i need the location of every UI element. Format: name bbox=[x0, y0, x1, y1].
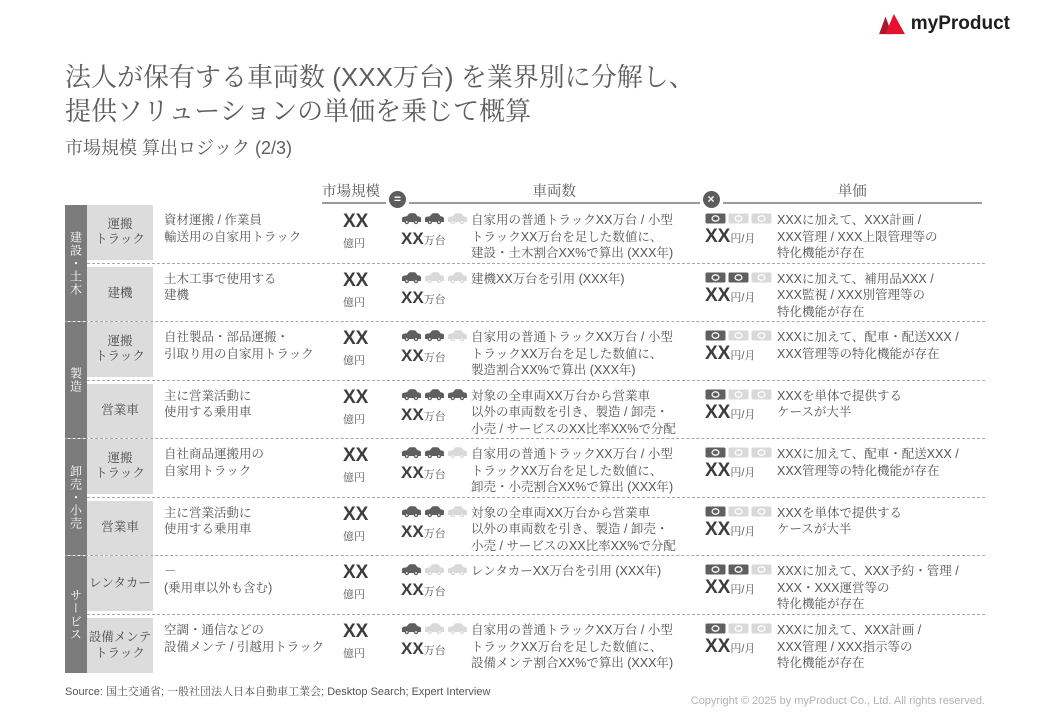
car-icon bbox=[424, 446, 445, 459]
car-icon bbox=[424, 329, 445, 342]
market-size-value: XX bbox=[343, 328, 368, 349]
market-size-cell: XX 億円 bbox=[343, 381, 401, 439]
unit-price-cell: XX円/月 bbox=[705, 615, 777, 673]
table-row: 運搬 トラック 資材運搬 / 作業員 輸送用の自家用トラック XX 億円 XX万… bbox=[87, 205, 985, 264]
industry-section: サービス レンタカー － (乗用車以外も含む) XX 億円 XX万台 レンタカー… bbox=[65, 556, 985, 673]
unit-price-value: XX bbox=[705, 577, 730, 598]
car-icon bbox=[447, 388, 468, 401]
vehicle-count-unit: 万台 bbox=[424, 294, 446, 306]
car-icon bbox=[447, 212, 468, 225]
category-label: レンタカー bbox=[87, 556, 153, 611]
unit-price-cell: XX円/月 bbox=[705, 556, 777, 614]
vehicle-count-description: 自家用の普通トラックXX万台 / 小型 トラックXX万台を足した数値に、 建設・… bbox=[471, 205, 705, 263]
unit-price-cell: XX円/月 bbox=[705, 322, 777, 380]
table-row: 運搬 トラック 自社商品運搬用の 自家用トラック XX 億円 XX万台 自家用の… bbox=[87, 439, 985, 498]
vehicle-count-value: XX bbox=[401, 580, 424, 599]
unit-price-description: XXXに加えて、配車・配送XXX / XXX管理等の特化機能が存在 bbox=[777, 439, 985, 497]
banknote-rating-icons bbox=[705, 388, 777, 403]
banknote-icon bbox=[751, 446, 772, 459]
vehicle-count-cell: XX万台 bbox=[401, 381, 471, 439]
logo: myProduct bbox=[877, 12, 1010, 36]
market-size-cell: XX 億円 bbox=[343, 615, 401, 673]
car-icon bbox=[424, 622, 445, 635]
car-rating-icons bbox=[401, 329, 471, 344]
table-row: 営業車 主に営業活動に 使用する乗用車 XX 億円 XX万台 対象の全車両XX万… bbox=[87, 381, 985, 439]
vehicle-count-unit: 万台 bbox=[424, 586, 446, 598]
category-description: 土木工事で使用する 建機 bbox=[153, 264, 343, 322]
vehicle-count-unit: 万台 bbox=[424, 645, 446, 657]
category-description: 自社商品運搬用の 自家用トラック bbox=[153, 439, 343, 497]
source-note: Source: 国土交通省; 一般社団法人日本自動車工業会; Desktop S… bbox=[65, 683, 490, 699]
unit-price-value: XX bbox=[705, 285, 730, 306]
banknote-rating-icons bbox=[705, 446, 777, 461]
banknote-icon bbox=[728, 329, 749, 342]
market-size-cell: XX 億円 bbox=[343, 498, 401, 556]
category-label: 建機 bbox=[87, 267, 153, 322]
category-label: 設備メンテ トラック bbox=[87, 618, 153, 673]
industry-section: 卸売・小売 運搬 トラック 自社商品運搬用の 自家用トラック XX 億円 XX万… bbox=[65, 439, 985, 556]
unit-price-description: XXXに加えて、XXX計画 / XXX管理 / XXX上限管理等の 特化機能が存… bbox=[777, 205, 985, 263]
market-size-unit: 億円 bbox=[343, 235, 401, 251]
unit-price-unit: 円/月 bbox=[730, 643, 755, 655]
car-icon bbox=[447, 505, 468, 518]
vehicle-count-cell: XX万台 bbox=[401, 556, 471, 614]
market-size-unit: 億円 bbox=[343, 586, 401, 602]
table-row: 運搬 トラック 自社製品・部品運搬・ 引取り用の自家用トラック XX 億円 XX… bbox=[87, 322, 985, 381]
unit-price-unit: 円/月 bbox=[730, 584, 755, 596]
car-icon bbox=[401, 388, 422, 401]
unit-price-unit: 円/月 bbox=[730, 233, 755, 245]
banknote-icon bbox=[705, 212, 726, 225]
category-label: 運搬 トラック bbox=[87, 322, 153, 377]
unit-price-description: XXXに加えて、XXX計画 / XXX管理 / XXX指示等の 特化機能が存在 bbox=[777, 615, 985, 673]
vehicle-count-unit: 万台 bbox=[424, 528, 446, 540]
vehicle-count-unit: 万台 bbox=[424, 469, 446, 481]
vehicle-count-description: 自家用の普通トラックXX万台 / 小型 トラックXX万台を足した数値に、 設備メ… bbox=[471, 615, 705, 673]
market-size-value: XX bbox=[343, 504, 368, 525]
banknote-icon bbox=[751, 271, 772, 284]
banknote-icon bbox=[751, 563, 772, 576]
industry-band-label: サービス bbox=[65, 556, 87, 673]
car-icon bbox=[401, 563, 422, 576]
car-icon bbox=[424, 388, 445, 401]
unit-price-unit: 円/月 bbox=[730, 350, 755, 362]
banknote-icon bbox=[751, 329, 772, 342]
car-rating-icons bbox=[401, 622, 471, 637]
unit-price-value: XX bbox=[705, 460, 730, 481]
banknote-icon bbox=[751, 212, 772, 225]
vehicle-count-cell: XX万台 bbox=[401, 264, 471, 322]
banknote-icon bbox=[705, 505, 726, 518]
column-header-market-size: 市場規模 bbox=[322, 180, 386, 204]
industry-section: 建設・土木 運搬 トラック 資材運搬 / 作業員 輸送用の自家用トラック XX … bbox=[65, 205, 985, 322]
vehicle-count-description: レンタカーXX万台を引用 (XXX年) bbox=[471, 556, 705, 614]
car-icon bbox=[447, 329, 468, 342]
banknote-icon bbox=[728, 388, 749, 401]
market-size-cell: XX 億円 bbox=[343, 439, 401, 497]
vehicle-count-value: XX bbox=[401, 463, 424, 482]
banknote-rating-icons bbox=[705, 212, 777, 227]
vehicle-count-unit: 万台 bbox=[424, 352, 446, 364]
unit-price-cell: XX円/月 bbox=[705, 381, 777, 439]
page-subtitle: 市場規模 算出ロジック (2/3) bbox=[65, 134, 292, 160]
market-size-cell: XX 億円 bbox=[343, 264, 401, 322]
industry-band-label: 建設・土木 bbox=[65, 205, 87, 321]
category-description: － (乗用車以外も含む) bbox=[153, 556, 343, 614]
banknote-icon bbox=[728, 212, 749, 225]
page-title: 法人が保有する車両数 (XXX万台) を業界別に分解し、 提供ソリューションの単… bbox=[65, 60, 695, 129]
unit-price-description: XXXに加えて、配車・配送XXX / XXX管理等の特化機能が存在 bbox=[777, 322, 985, 380]
car-icon bbox=[401, 212, 422, 225]
vehicle-count-value: XX bbox=[401, 288, 424, 307]
car-rating-icons bbox=[401, 563, 471, 578]
unit-price-cell: XX円/月 bbox=[705, 498, 777, 556]
column-header: 市場規模 = 車両数 × 単価 bbox=[322, 180, 982, 204]
car-icon bbox=[447, 622, 468, 635]
category-label: 営業車 bbox=[87, 501, 153, 556]
banknote-rating-icons bbox=[705, 271, 777, 286]
unit-price-cell: XX円/月 bbox=[705, 439, 777, 497]
unit-price-description: XXXに加えて、補用品XXX / XXX監視 / XXX別管理等の 特化機能が存… bbox=[777, 264, 985, 322]
market-size-unit: 億円 bbox=[343, 528, 401, 544]
vehicle-count-description: 自家用の普通トラックXX万台 / 小型 トラックXX万台を足した数値に、 製造割… bbox=[471, 322, 705, 380]
market-size-value: XX bbox=[343, 562, 368, 583]
table-body: 建設・土木 運搬 トラック 資材運搬 / 作業員 輸送用の自家用トラック XX … bbox=[65, 205, 985, 673]
unit-price-unit: 円/月 bbox=[730, 292, 755, 304]
market-size-cell: XX 億円 bbox=[343, 322, 401, 380]
unit-price-description: XXXを単体で提供する ケースが大半 bbox=[777, 498, 985, 556]
banknote-icon bbox=[705, 388, 726, 401]
unit-price-description: XXXを単体で提供する ケースが大半 bbox=[777, 381, 985, 439]
vehicle-count-description: 建機XX万台を引用 (XXX年) bbox=[471, 264, 705, 322]
market-size-unit: 億円 bbox=[343, 645, 401, 661]
market-size-unit: 億円 bbox=[343, 469, 401, 485]
table-row: 営業車 主に営業活動に 使用する乗用車 XX 億円 XX万台 対象の全車両XX万… bbox=[87, 498, 985, 556]
banknote-icon bbox=[728, 271, 749, 284]
unit-price-value: XX bbox=[705, 226, 730, 247]
column-header-unit-price: 単価 bbox=[723, 180, 982, 204]
banknote-icon bbox=[728, 563, 749, 576]
column-header-vehicle-count: 車両数 bbox=[409, 180, 700, 204]
table-row: 設備メンテ トラック 空調・通信などの 設備メンテ / 引越用トラック XX 億… bbox=[87, 615, 985, 673]
banknote-icon bbox=[728, 622, 749, 635]
market-size-cell: XX 億円 bbox=[343, 205, 401, 263]
banknote-icon bbox=[705, 446, 726, 459]
market-size-value: XX bbox=[343, 445, 368, 466]
banknote-icon bbox=[751, 622, 772, 635]
market-size-unit: 億円 bbox=[343, 352, 401, 368]
title-line-2: 提供ソリューションの単価を乗じて概算 bbox=[65, 94, 695, 128]
unit-price-unit: 円/月 bbox=[730, 467, 755, 479]
industry-section: 製造 運搬 トラック 自社製品・部品運搬・ 引取り用の自家用トラック XX 億円… bbox=[65, 322, 985, 439]
car-rating-icons bbox=[401, 388, 471, 403]
table-row: レンタカー － (乗用車以外も含む) XX 億円 XX万台 レンタカーXX万台を… bbox=[87, 556, 985, 615]
logo-mark bbox=[877, 12, 907, 36]
category-description: 主に営業活動に 使用する乗用車 bbox=[153, 498, 343, 556]
unit-price-unit: 円/月 bbox=[730, 526, 755, 538]
industry-band-label: 製造 bbox=[65, 322, 87, 438]
market-size-value: XX bbox=[343, 211, 368, 232]
car-icon bbox=[401, 505, 422, 518]
banknote-icon bbox=[705, 563, 726, 576]
unit-price-value: XX bbox=[705, 343, 730, 364]
banknote-icon bbox=[751, 505, 772, 518]
vehicle-count-unit: 万台 bbox=[424, 411, 446, 423]
banknote-rating-icons bbox=[705, 563, 777, 578]
car-rating-icons bbox=[401, 271, 471, 286]
car-icon bbox=[424, 505, 445, 518]
car-icon bbox=[401, 446, 422, 459]
market-size-value: XX bbox=[343, 621, 368, 642]
vehicle-count-cell: XX万台 bbox=[401, 439, 471, 497]
unit-price-cell: XX円/月 bbox=[705, 205, 777, 263]
car-icon bbox=[401, 271, 422, 284]
car-rating-icons bbox=[401, 446, 471, 461]
vehicle-count-unit: 万台 bbox=[424, 235, 446, 247]
banknote-icon bbox=[705, 622, 726, 635]
category-label: 運搬 トラック bbox=[87, 205, 153, 260]
unit-price-value: XX bbox=[705, 636, 730, 657]
car-icon bbox=[447, 271, 468, 284]
category-description: 自社製品・部品運搬・ 引取り用の自家用トラック bbox=[153, 322, 343, 380]
logo-text: myProduct bbox=[911, 13, 1010, 35]
market-size-cell: XX 億円 bbox=[343, 556, 401, 614]
vehicle-count-description: 対象の全車両XX万台から営業車 以外の車両数を引き、製造 / 卸売・ 小売 / … bbox=[471, 498, 705, 556]
category-label: 営業車 bbox=[87, 384, 153, 439]
banknote-rating-icons bbox=[705, 329, 777, 344]
vehicle-count-value: XX bbox=[401, 229, 424, 248]
copyright-note: Copyright © 2025 by myProduct Co., Ltd. … bbox=[691, 695, 985, 707]
market-size-value: XX bbox=[343, 270, 368, 291]
car-icon bbox=[447, 446, 468, 459]
car-icon bbox=[401, 329, 422, 342]
vehicle-count-description: 対象の全車両XX万台から営業車 以外の車両数を引き、製造 / 卸売・ 小売 / … bbox=[471, 381, 705, 439]
market-size-unit: 億円 bbox=[343, 411, 401, 427]
banknote-icon bbox=[728, 446, 749, 459]
car-icon bbox=[424, 563, 445, 576]
unit-price-cell: XX円/月 bbox=[705, 264, 777, 322]
vehicle-count-cell: XX万台 bbox=[401, 205, 471, 263]
car-icon bbox=[424, 271, 445, 284]
vehicle-count-value: XX bbox=[401, 346, 424, 365]
market-size-value: XX bbox=[343, 387, 368, 408]
banknote-rating-icons bbox=[705, 505, 777, 520]
vehicle-count-cell: XX万台 bbox=[401, 322, 471, 380]
car-icon bbox=[447, 563, 468, 576]
vehicle-count-value: XX bbox=[401, 522, 424, 541]
slide-page: myProduct 法人が保有する車両数 (XXX万台) を業界別に分解し、 提… bbox=[0, 0, 1040, 720]
industry-band-label: 卸売・小売 bbox=[65, 439, 87, 555]
category-description: 主に営業活動に 使用する乗用車 bbox=[153, 381, 343, 439]
car-icon bbox=[424, 212, 445, 225]
banknote-icon bbox=[728, 505, 749, 518]
vehicle-count-cell: XX万台 bbox=[401, 615, 471, 673]
banknote-icon bbox=[705, 271, 726, 284]
car-icon bbox=[401, 622, 422, 635]
car-rating-icons bbox=[401, 212, 471, 227]
unit-price-description: XXXに加えて、XXX予約・管理 / XXX・XXX運営等の 特化機能が存在 bbox=[777, 556, 985, 614]
unit-price-value: XX bbox=[705, 402, 730, 423]
category-label: 運搬 トラック bbox=[87, 439, 153, 494]
vehicle-count-cell: XX万台 bbox=[401, 498, 471, 556]
car-rating-icons bbox=[401, 505, 471, 520]
banknote-icon bbox=[705, 329, 726, 342]
unit-price-value: XX bbox=[705, 519, 730, 540]
market-size-unit: 億円 bbox=[343, 294, 401, 310]
category-description: 空調・通信などの 設備メンテ / 引越用トラック bbox=[153, 615, 343, 673]
category-description: 資材運搬 / 作業員 輸送用の自家用トラック bbox=[153, 205, 343, 263]
vehicle-count-value: XX bbox=[401, 405, 424, 424]
banknote-icon bbox=[751, 388, 772, 401]
unit-price-unit: 円/月 bbox=[730, 409, 755, 421]
table-row: 建機 土木工事で使用する 建機 XX 億円 XX万台 建機XX万台を引用 (XX… bbox=[87, 264, 985, 322]
vehicle-count-value: XX bbox=[401, 639, 424, 658]
vehicle-count-description: 自家用の普通トラックXX万台 / 小型 トラックXX万台を足した数値に、 卸売・… bbox=[471, 439, 705, 497]
banknote-rating-icons bbox=[705, 622, 777, 637]
title-line-1: 法人が保有する車両数 (XXX万台) を業界別に分解し、 bbox=[65, 60, 695, 94]
